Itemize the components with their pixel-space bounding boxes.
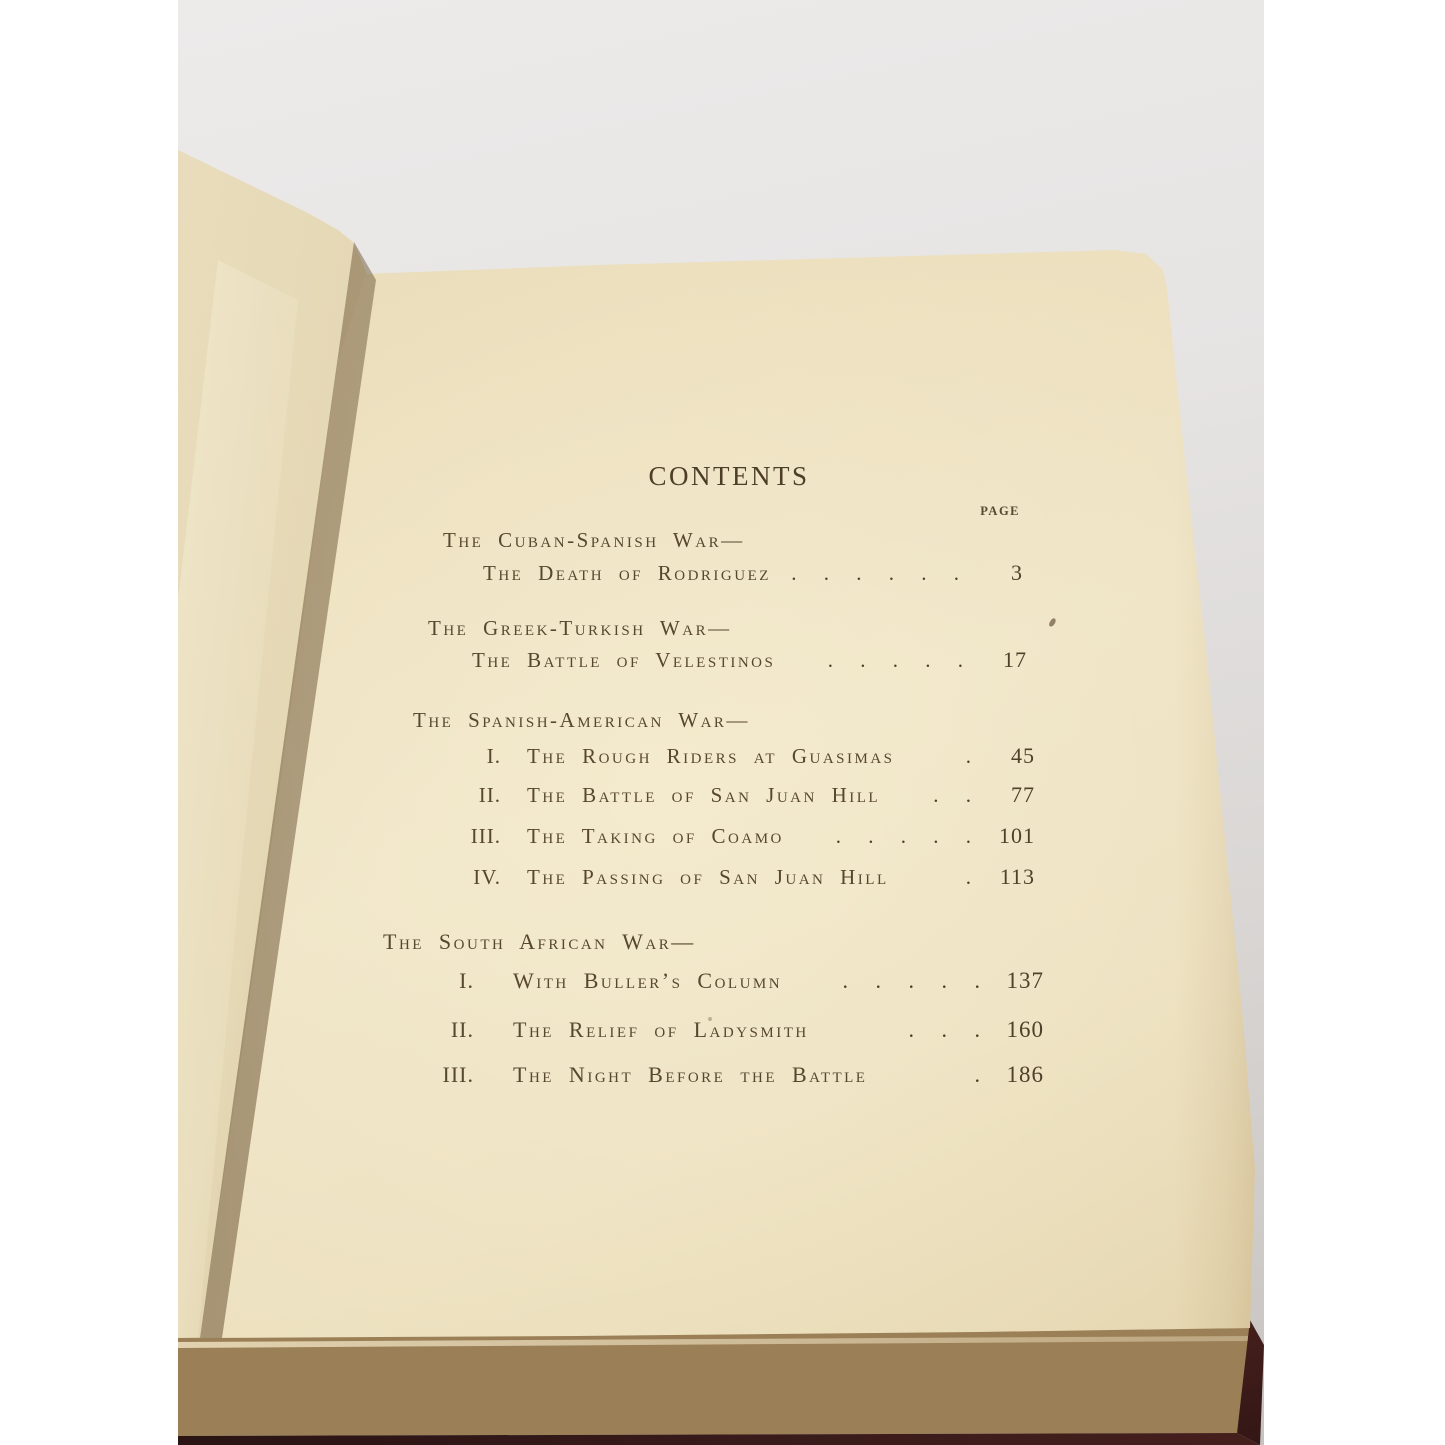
page-number: 160	[988, 1015, 1044, 1045]
toc-section: The Spanish-American War— I. The Rough R…	[413, 705, 1035, 892]
toc-entry-title: The Rough Riders at Guasimas	[527, 741, 895, 771]
leader-dots: .	[867, 1060, 980, 1090]
toc-entry-row: IV. The Passing of San Juan Hill . 113	[413, 862, 1035, 892]
leader-dots: . . . . .	[782, 966, 980, 996]
toc-entry-numeral: IV.	[413, 862, 501, 892]
page-number: 45	[979, 741, 1035, 771]
leader-dots: .	[895, 741, 971, 771]
toc-entry-numeral: I.	[413, 741, 501, 771]
toc-entry-row: II. The Battle of San Juan Hill . . 77	[413, 780, 1035, 810]
leader-dots: . . . . . .	[771, 558, 959, 588]
toc-entry-row: II. The Relief of Ladysmith . . . 160	[383, 1015, 1044, 1045]
toc-entry-numeral: I.	[383, 966, 474, 996]
toc-entry-numeral: II.	[413, 780, 501, 810]
page-number: 3	[967, 558, 1023, 588]
leader-dots: . .	[880, 780, 971, 810]
leader-dots: . . . . .	[775, 645, 963, 675]
toc-section-heading: The Cuban-Spanish War—	[443, 525, 1023, 555]
toc-section-heading: The Spanish-American War—	[413, 705, 1035, 735]
toc-entry-row: I. The Rough Riders at Guasimas . 45	[413, 741, 1035, 771]
toc-entry-title: The Night Before the Battle	[513, 1060, 867, 1090]
toc-entry-numeral: III.	[413, 821, 501, 851]
toc-entry-numeral: III.	[383, 1060, 474, 1090]
toc-entry-row: III. The Night Before the Battle . 186	[383, 1060, 1044, 1090]
toc-entry-title: The Relief of Ladysmith	[513, 1015, 809, 1045]
page-number: 77	[979, 780, 1035, 810]
toc-entry-row: III. The Taking of Coamo . . . . . 101	[413, 821, 1035, 851]
toc-section: The Greek-Turkish War— The Battle of Vel…	[428, 613, 1027, 675]
toc-entry-row: I. With Buller’s Column . . . . . 137	[383, 966, 1044, 996]
page-number: 17	[971, 645, 1027, 675]
toc-entry-title: The Battle of Velestinos	[472, 645, 775, 675]
toc-entry-title: The Battle of San Juan Hill	[527, 780, 880, 810]
toc-entry-row: The Battle of Velestinos . . . . . 17	[428, 645, 1027, 675]
contents-heading: CONTENTS	[643, 461, 815, 491]
toc-entry-title: The Passing of San Juan Hill	[527, 862, 889, 892]
leader-dots: . . .	[809, 1015, 980, 1045]
leader-dots: . . . . .	[784, 821, 971, 851]
page-number: 186	[988, 1060, 1044, 1090]
toc-entry-title: The Death of Rodriguez	[483, 558, 771, 588]
product-photo-canvas: CONTENTS PAGE The Cuban-Spanish War— The…	[0, 0, 1445, 1445]
toc-section: The South African War— I. With Buller’s …	[383, 927, 1044, 1090]
toc-section: The Cuban-Spanish War— The Death of Rodr…	[443, 525, 1023, 588]
toc-entry-row: The Death of Rodriguez . . . . . . 3	[443, 558, 1023, 588]
page-number: 113	[979, 862, 1035, 892]
page-number: 101	[979, 821, 1035, 851]
toc-entry-numeral: II.	[383, 1015, 474, 1045]
toc-entry-title: The Taking of Coamo	[527, 821, 784, 851]
page-column-label: PAGE	[920, 503, 1020, 519]
page-number: 137	[988, 966, 1044, 996]
toc-section-heading: The Greek-Turkish War—	[428, 613, 1027, 643]
toc-entry-title: With Buller’s Column	[513, 966, 782, 996]
toc-section-heading: The South African War—	[383, 927, 1044, 957]
book-photo: CONTENTS PAGE The Cuban-Spanish War— The…	[178, 0, 1264, 1445]
leader-dots: .	[889, 862, 971, 892]
